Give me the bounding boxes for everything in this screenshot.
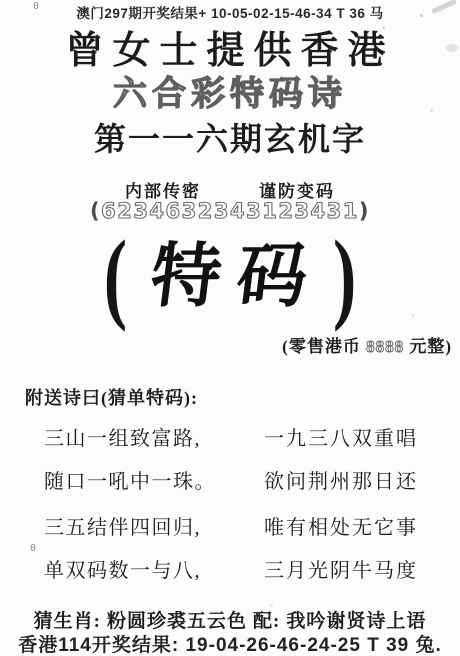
cipher-open-paren: ( [90, 199, 101, 223]
cipher-digits-line: (6234632343123431) [0, 199, 460, 223]
special-open-paren: ( [104, 227, 127, 329]
poem-intro: 附送诗曰(猜单特码): [25, 384, 198, 410]
poem-line-right: 唯有相处无它事 [264, 511, 418, 540]
poem-line-right: 一九三八双重唱 [264, 422, 418, 451]
cipher-digits: 6234632343123431 [101, 199, 359, 223]
poem-line-left: 随口一吼中一珠。 [44, 465, 216, 494]
poem-row-3: 三五结伴四回归, 唯有相处无它事 [0, 511, 460, 539]
special-code-display: ( 特码 ) [0, 228, 460, 328]
price-suffix: 元整) [404, 337, 452, 356]
scanned-lottery-sheet: 0 0 澳门297期开奖结果+ 10-05-02-15-46-34 T 36 马… [0, 0, 460, 656]
zodiac-value: 粉圆珍裘五云色 [107, 611, 247, 632]
special-code-text: 特码 [147, 243, 328, 313]
issue-heading: 第一一六期玄机字 [0, 114, 460, 160]
poem-row-4: 单双码数一与八, 三月光阴牛马度 [0, 554, 460, 582]
price-value: 8888 [366, 337, 404, 356]
cipher-close-paren: ) [359, 199, 370, 223]
poem-line-right: 欲问荆州那日还 [264, 465, 418, 494]
lottery-subtitle: 六合彩特码诗 [0, 66, 460, 115]
poem-row-1: 三山一组致富路, 一九三八双重唱 [0, 422, 460, 450]
zodiac-label: 猜生肖: [34, 611, 101, 632]
poem-line-left: 三五结伴四回归, [44, 511, 201, 540]
price-prefix: (零售港币 [282, 337, 366, 356]
match-value: 我吟谢贤诗上语 [286, 611, 426, 632]
zodiac-hint-line: 猜生肖:粉圆珍裘五云色配:我吟谢贤诗上语 [0, 606, 460, 633]
poem-line-right: 三月光阴牛马度 [264, 554, 418, 583]
poem-line-left: 单双码数一与八, [44, 554, 201, 583]
margin-mark-middle: 0 [30, 543, 36, 554]
special-close-paren: ) [333, 227, 356, 329]
poem-line-left: 三山一组致富路, [44, 422, 201, 451]
poem-row-2: 随口一吼中一珠。 欲问荆州那日还 [0, 465, 460, 493]
hk-result-line: 香港114开奖结果: 19-04-26-46-24-25 T 39 兔. [0, 630, 460, 656]
retail-price-line: (零售港币 8888 元整) [282, 332, 452, 357]
match-label: 配: [253, 611, 280, 632]
